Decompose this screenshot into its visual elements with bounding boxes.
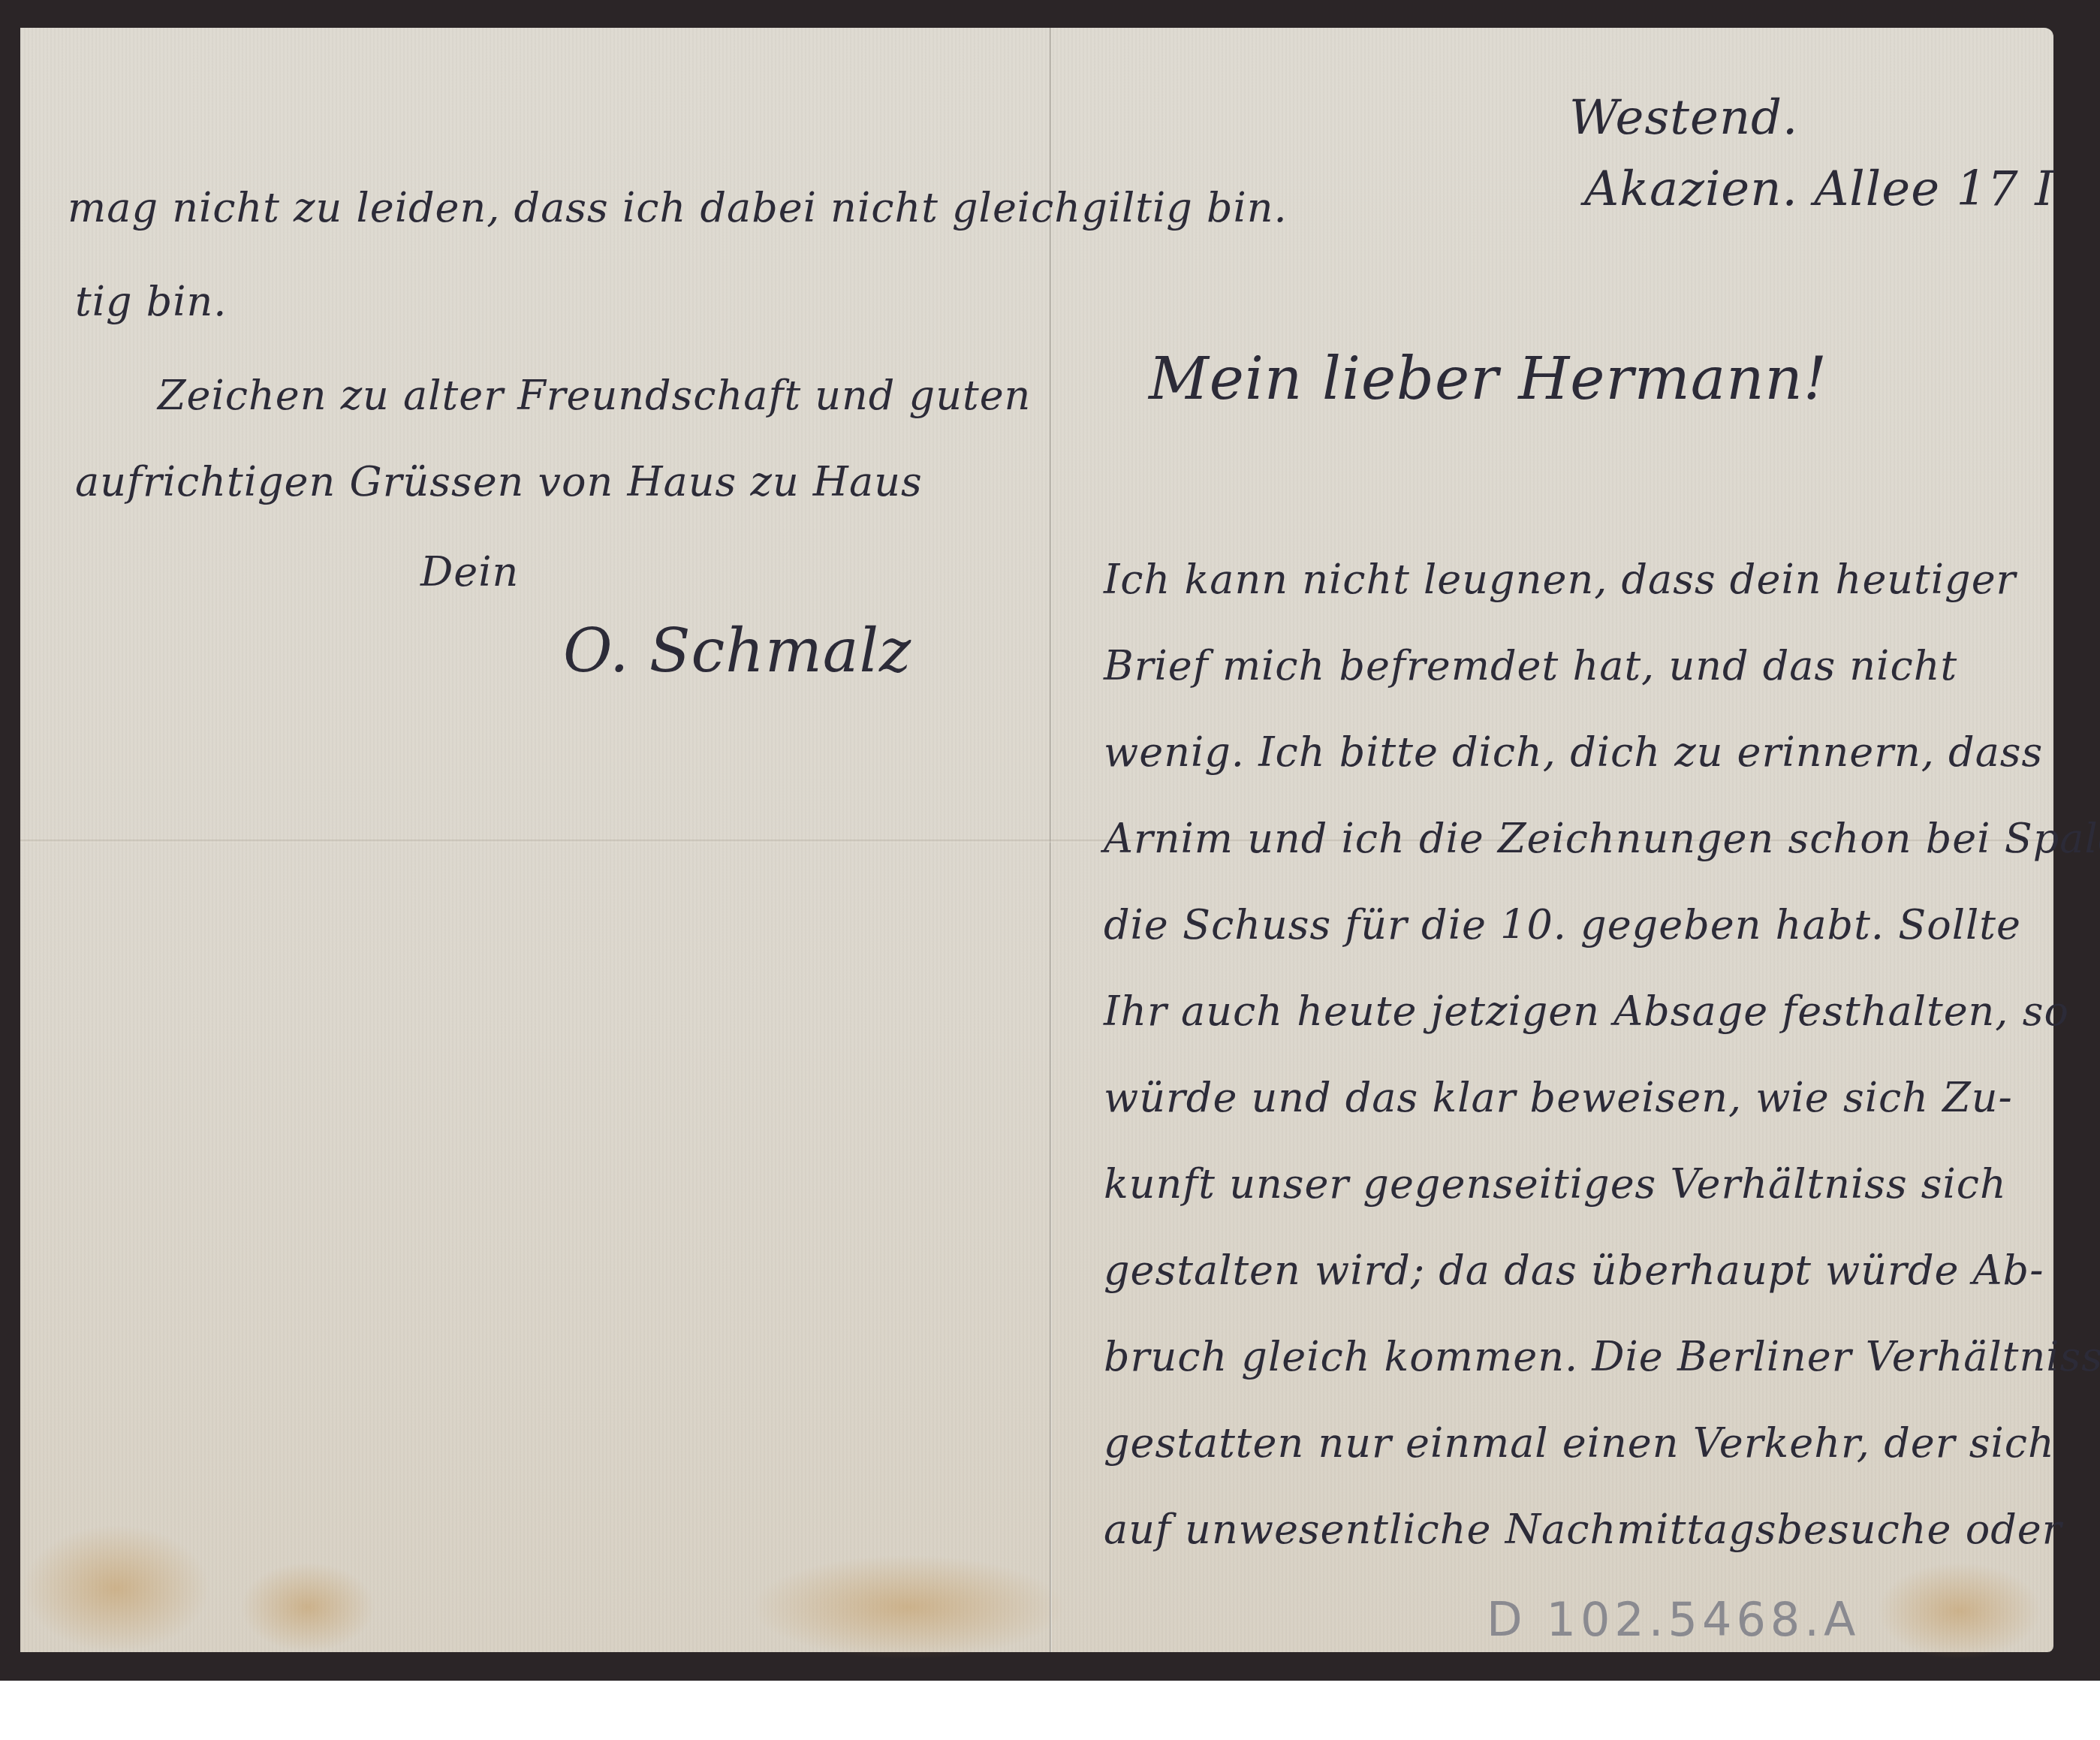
body-line: würde und das klar beweisen, wie sich Zu… [1104, 1074, 2013, 1121]
salutation: Mein lieber Hermann! [1149, 345, 1827, 413]
left-line-3: Zeichen zu alter Freundschaft und guten [158, 372, 1031, 419]
body-line: kunft unser gegenseitiges Verhältniss si… [1104, 1160, 2007, 1208]
body-line: auf unwesentliche Nachmittagsbesuche ode… [1104, 1506, 2062, 1553]
body-line: die Schuss für die 10. gegeben habt. Sol… [1104, 901, 2021, 948]
body-line: wenig. Ich bitte dich, dich zu erinnern,… [1104, 728, 2043, 776]
foxing-stain [23, 1524, 210, 1652]
foxing-stain [240, 1562, 375, 1652]
body-line: Brief mich befremdet hat, und das nicht [1104, 642, 1957, 689]
left-line-2: tig bin. [75, 278, 227, 325]
place-heading: Westend. [1569, 90, 1798, 146]
left-line-1: mag nicht zu leiden, dass ich dabei nich… [68, 184, 1288, 231]
signature: O. Schmalz [563, 616, 911, 686]
archive-stamp: D 102.5468.A [1487, 1592, 1860, 1647]
body-line: bruch gleich kommen. Die Berliner Verhäl… [1104, 1333, 2100, 1380]
left-line-4: aufrichtigen Grüssen von Haus zu Haus [75, 458, 923, 505]
body-line: Ich kann nicht leugnen, dass dein heutig… [1104, 556, 2016, 603]
closing: Dein [420, 548, 519, 596]
body-line: Ihr auch heute jetzigen Absage festhalte… [1104, 988, 2069, 1035]
foxing-stain [751, 1555, 1066, 1660]
body-line: gestalten wird; da das überhaupt würde A… [1104, 1247, 2044, 1294]
foxing-stain [1877, 1562, 2042, 1660]
body-line: gestatten nur einmal einen Verkehr, der … [1104, 1419, 2055, 1467]
address-date: Akazien. Allee 17 I [1584, 161, 2054, 217]
body-line: Arnim und ich die Zeichnungen schon bei … [1104, 815, 2100, 862]
